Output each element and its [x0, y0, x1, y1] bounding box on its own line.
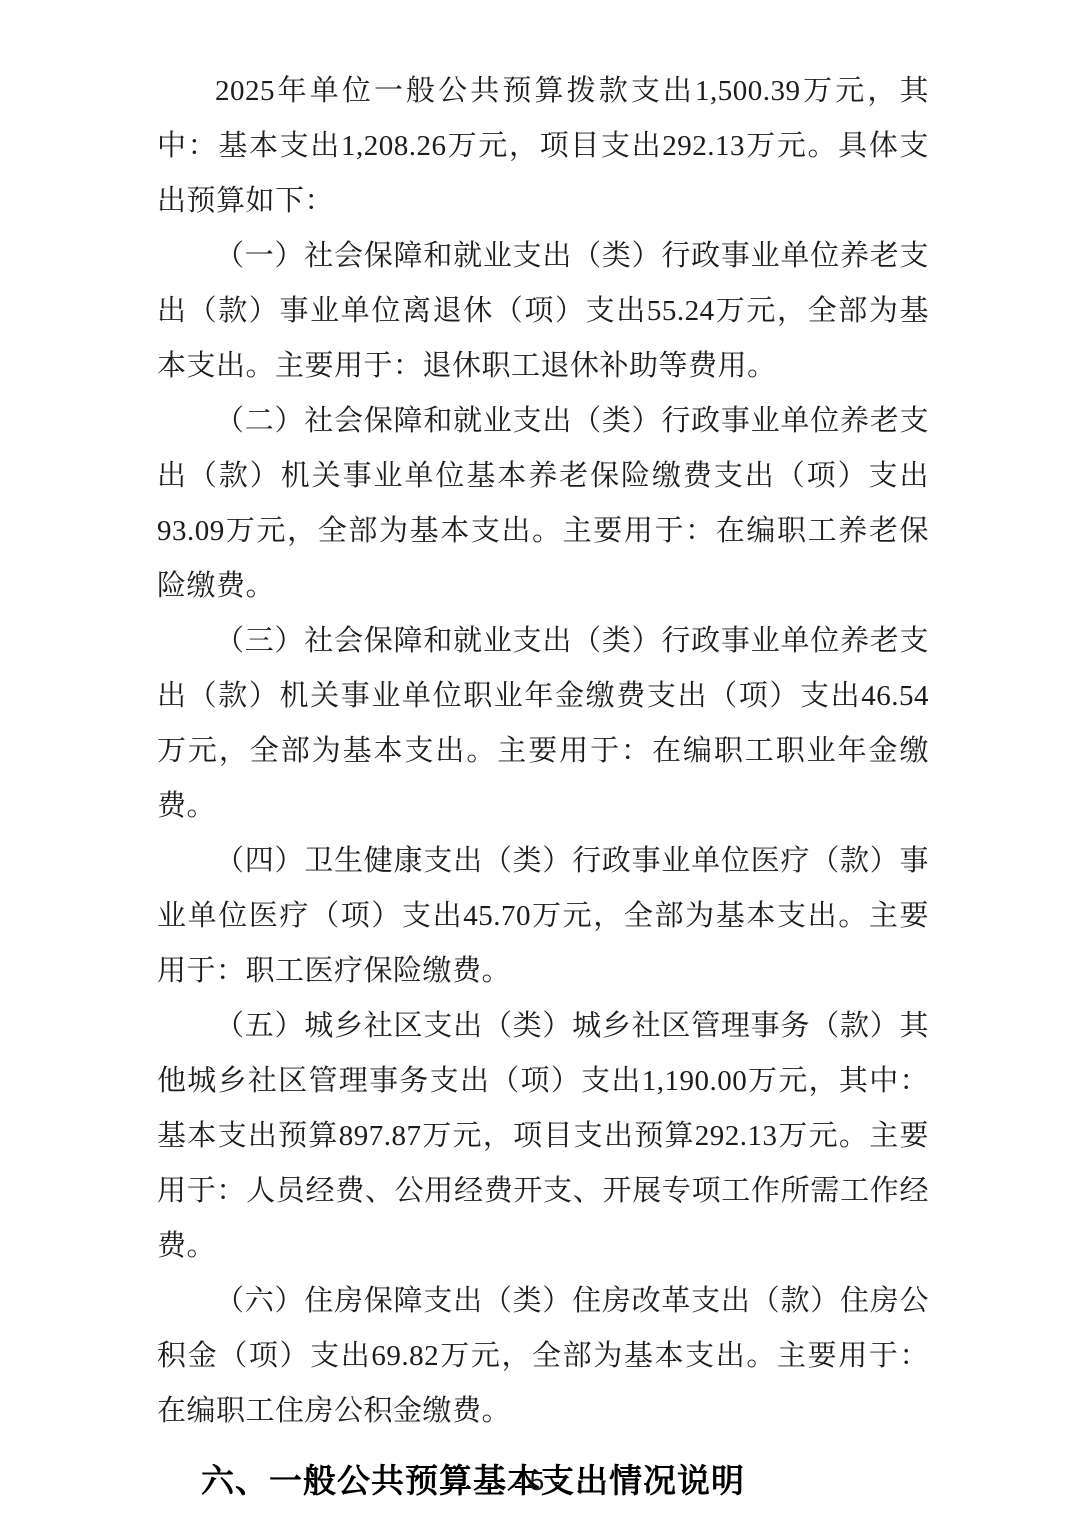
item-6-paragraph: （六）住房保障支出（类）住房改革支出（款）住房公积金（项）支出69.82万元，全… — [157, 1274, 929, 1439]
document-body: 2025年单位一般公共预算拨款支出1,500.39万元，其中：基本支出1,208… — [157, 64, 929, 1508]
item-2-paragraph: （二）社会保障和就业支出（类）行政事业单位养老支出（款）机关事业单位基本养老保险… — [157, 394, 929, 614]
item-1-paragraph: （一）社会保障和就业支出（类）行政事业单位养老支出（款）事业单位离退休（项）支出… — [157, 229, 929, 394]
item-4-paragraph: （四）卫生健康支出（类）行政事业单位医疗（款）事业单位医疗（项）支出45.70万… — [157, 834, 929, 999]
document-page: 2025年单位一般公共预算拨款支出1,500.39万元，其中：基本支出1,208… — [0, 0, 1074, 1520]
page-number: - 5 - — [0, 1466, 1074, 1497]
item-5-paragraph: （五）城乡社区支出（类）城乡社区管理事务（款）其他城乡社区管理事务支出（项）支出… — [157, 999, 929, 1274]
budget-summary-paragraph: 2025年单位一般公共预算拨款支出1,500.39万元，其中：基本支出1,208… — [157, 64, 929, 229]
item-3-paragraph: （三）社会保障和就业支出（类）行政事业单位养老支出（款）机关事业单位职业年金缴费… — [157, 614, 929, 834]
